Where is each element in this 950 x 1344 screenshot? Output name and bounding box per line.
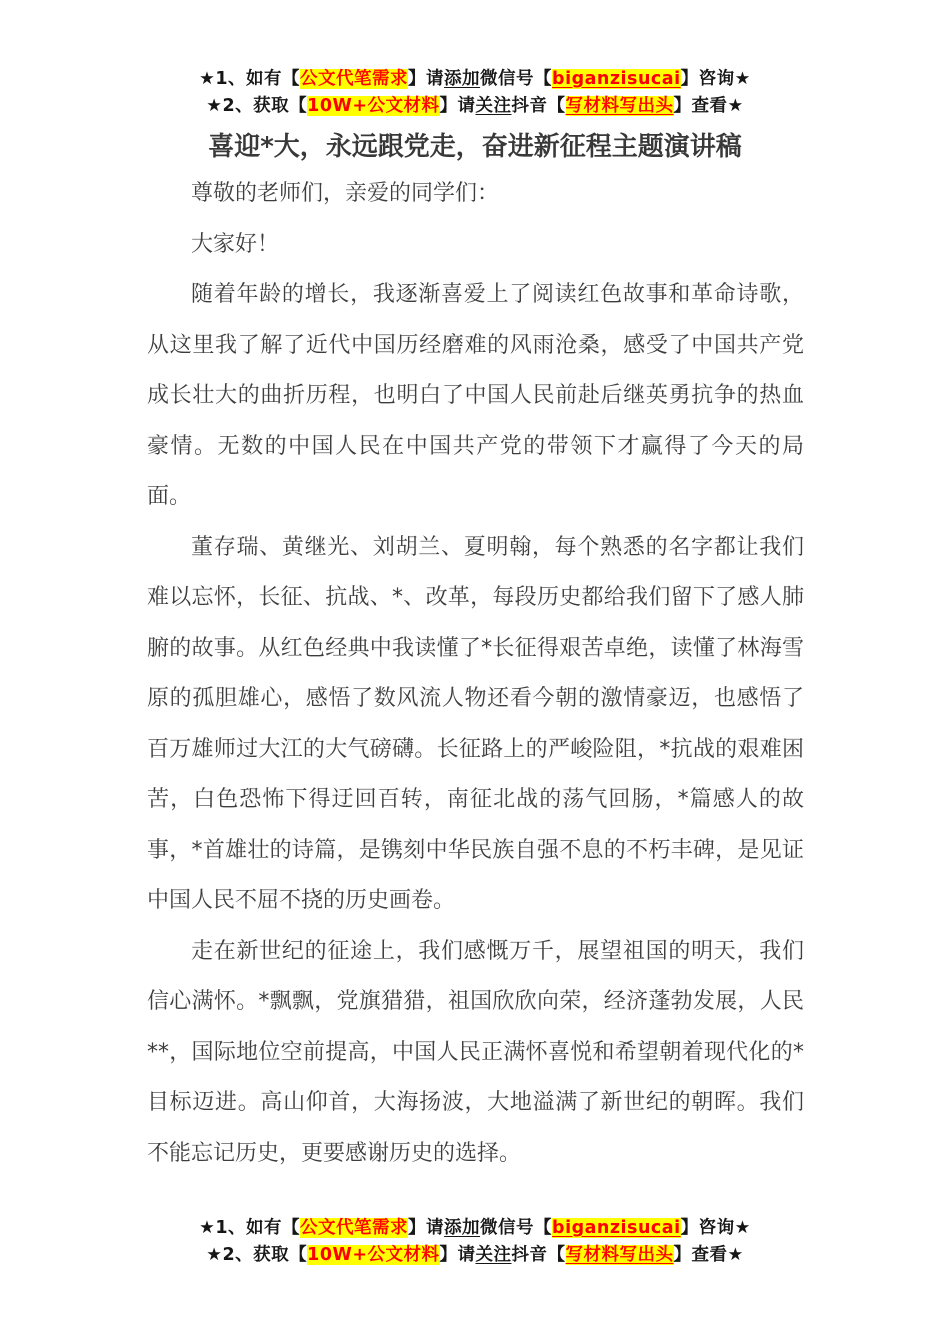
promo-banner-top-line-1: ★1、如有【公文代笔需求】请添加微信号【biganzisucai】咨询★	[0, 66, 950, 93]
paragraph-salutation: 尊敬的老师们，亲爱的同学们：	[147, 169, 804, 220]
paragraph-body-2: 董存瑞、黄继光、刘胡兰、夏明翰，每个熟悉的名字都让我们难以忘怀，长征、抗战、*、…	[147, 523, 804, 927]
banner-segment-highlight-underline: biganzisucai	[552, 1218, 681, 1238]
banner-segment-underline: 关注	[476, 1245, 512, 1265]
banner-segment-plain: 】咨询★	[681, 1218, 751, 1238]
banner-segment-plain: ★1、如有【	[199, 1218, 300, 1238]
promo-banner-bottom: ★1、如有【公文代笔需求】请添加微信号【biganzisucai】咨询★ ★2、…	[0, 1215, 950, 1268]
banner-segment-plain: 】请	[440, 1245, 476, 1265]
banner-segment-plain: 】查看★	[674, 96, 744, 116]
banner-segment-plain: 】请	[408, 1218, 444, 1238]
document-title: 喜迎*大，永远跟党走，奋进新征程主题演讲稿	[0, 127, 950, 167]
paragraph-body-1: 随着年龄的增长，我逐渐喜爱上了阅读红色故事和革命诗歌，从这里我了解了近代中国历经…	[147, 270, 804, 523]
banner-segment-plain: 】请	[408, 69, 444, 89]
banner-segment-highlight: 公文代笔需求	[300, 69, 408, 89]
banner-segment-highlight-underline: biganzisucai	[552, 69, 681, 89]
paragraph-body-3: 走在新世纪的征途上，我们感慨万千，展望祖国的明天，我们信心满怀。*飘飘，党旗猎猎…	[147, 927, 804, 1180]
banner-segment-plain: 】咨询★	[681, 69, 751, 89]
banner-segment-plain: 微信号【	[480, 1218, 552, 1238]
banner-segment-highlight-underline: 写材料写出头	[566, 96, 674, 116]
banner-segment-plain: 】查看★	[674, 1245, 744, 1265]
promo-banner-bottom-line-1: ★1、如有【公文代笔需求】请添加微信号【biganzisucai】咨询★	[0, 1215, 950, 1242]
banner-segment-plain: 微信号【	[480, 69, 552, 89]
paragraph-greeting: 大家好！	[147, 220, 804, 271]
banner-segment-plain: 抖音【	[512, 96, 566, 116]
document-body: 尊敬的老师们，亲爱的同学们： 大家好！ 随着年龄的增长，我逐渐喜爱上了阅读红色故…	[147, 169, 804, 1179]
banner-segment-underline: 添加	[444, 69, 480, 89]
banner-segment-underline: 关注	[476, 96, 512, 116]
promo-banner-bottom-line-2: ★2、获取【10W+公文材料】请关注抖音【写材料写出头】查看★	[0, 1242, 950, 1269]
banner-segment-plain: 】请	[440, 96, 476, 116]
banner-segment-highlight: 公文代笔需求	[300, 1218, 408, 1238]
promo-banner-top-line-2: ★2、获取【10W+公文材料】请关注抖音【写材料写出头】查看★	[0, 93, 950, 120]
banner-segment-highlight: 10W+公文材料	[307, 1245, 439, 1265]
document-page: ★1、如有【公文代笔需求】请添加微信号【biganzisucai】咨询★ ★2、…	[0, 0, 950, 1344]
banner-segment-underline: 添加	[444, 1218, 480, 1238]
banner-segment-highlight: 10W+公文材料	[307, 96, 439, 116]
banner-segment-plain: 抖音【	[512, 1245, 566, 1265]
banner-segment-plain: ★1、如有【	[199, 69, 300, 89]
promo-banner-top: ★1、如有【公文代笔需求】请添加微信号【biganzisucai】咨询★ ★2、…	[0, 66, 950, 119]
banner-segment-plain: ★2、获取【	[206, 96, 307, 116]
banner-segment-highlight-underline: 写材料写出头	[566, 1245, 674, 1265]
banner-segment-plain: ★2、获取【	[206, 1245, 307, 1265]
